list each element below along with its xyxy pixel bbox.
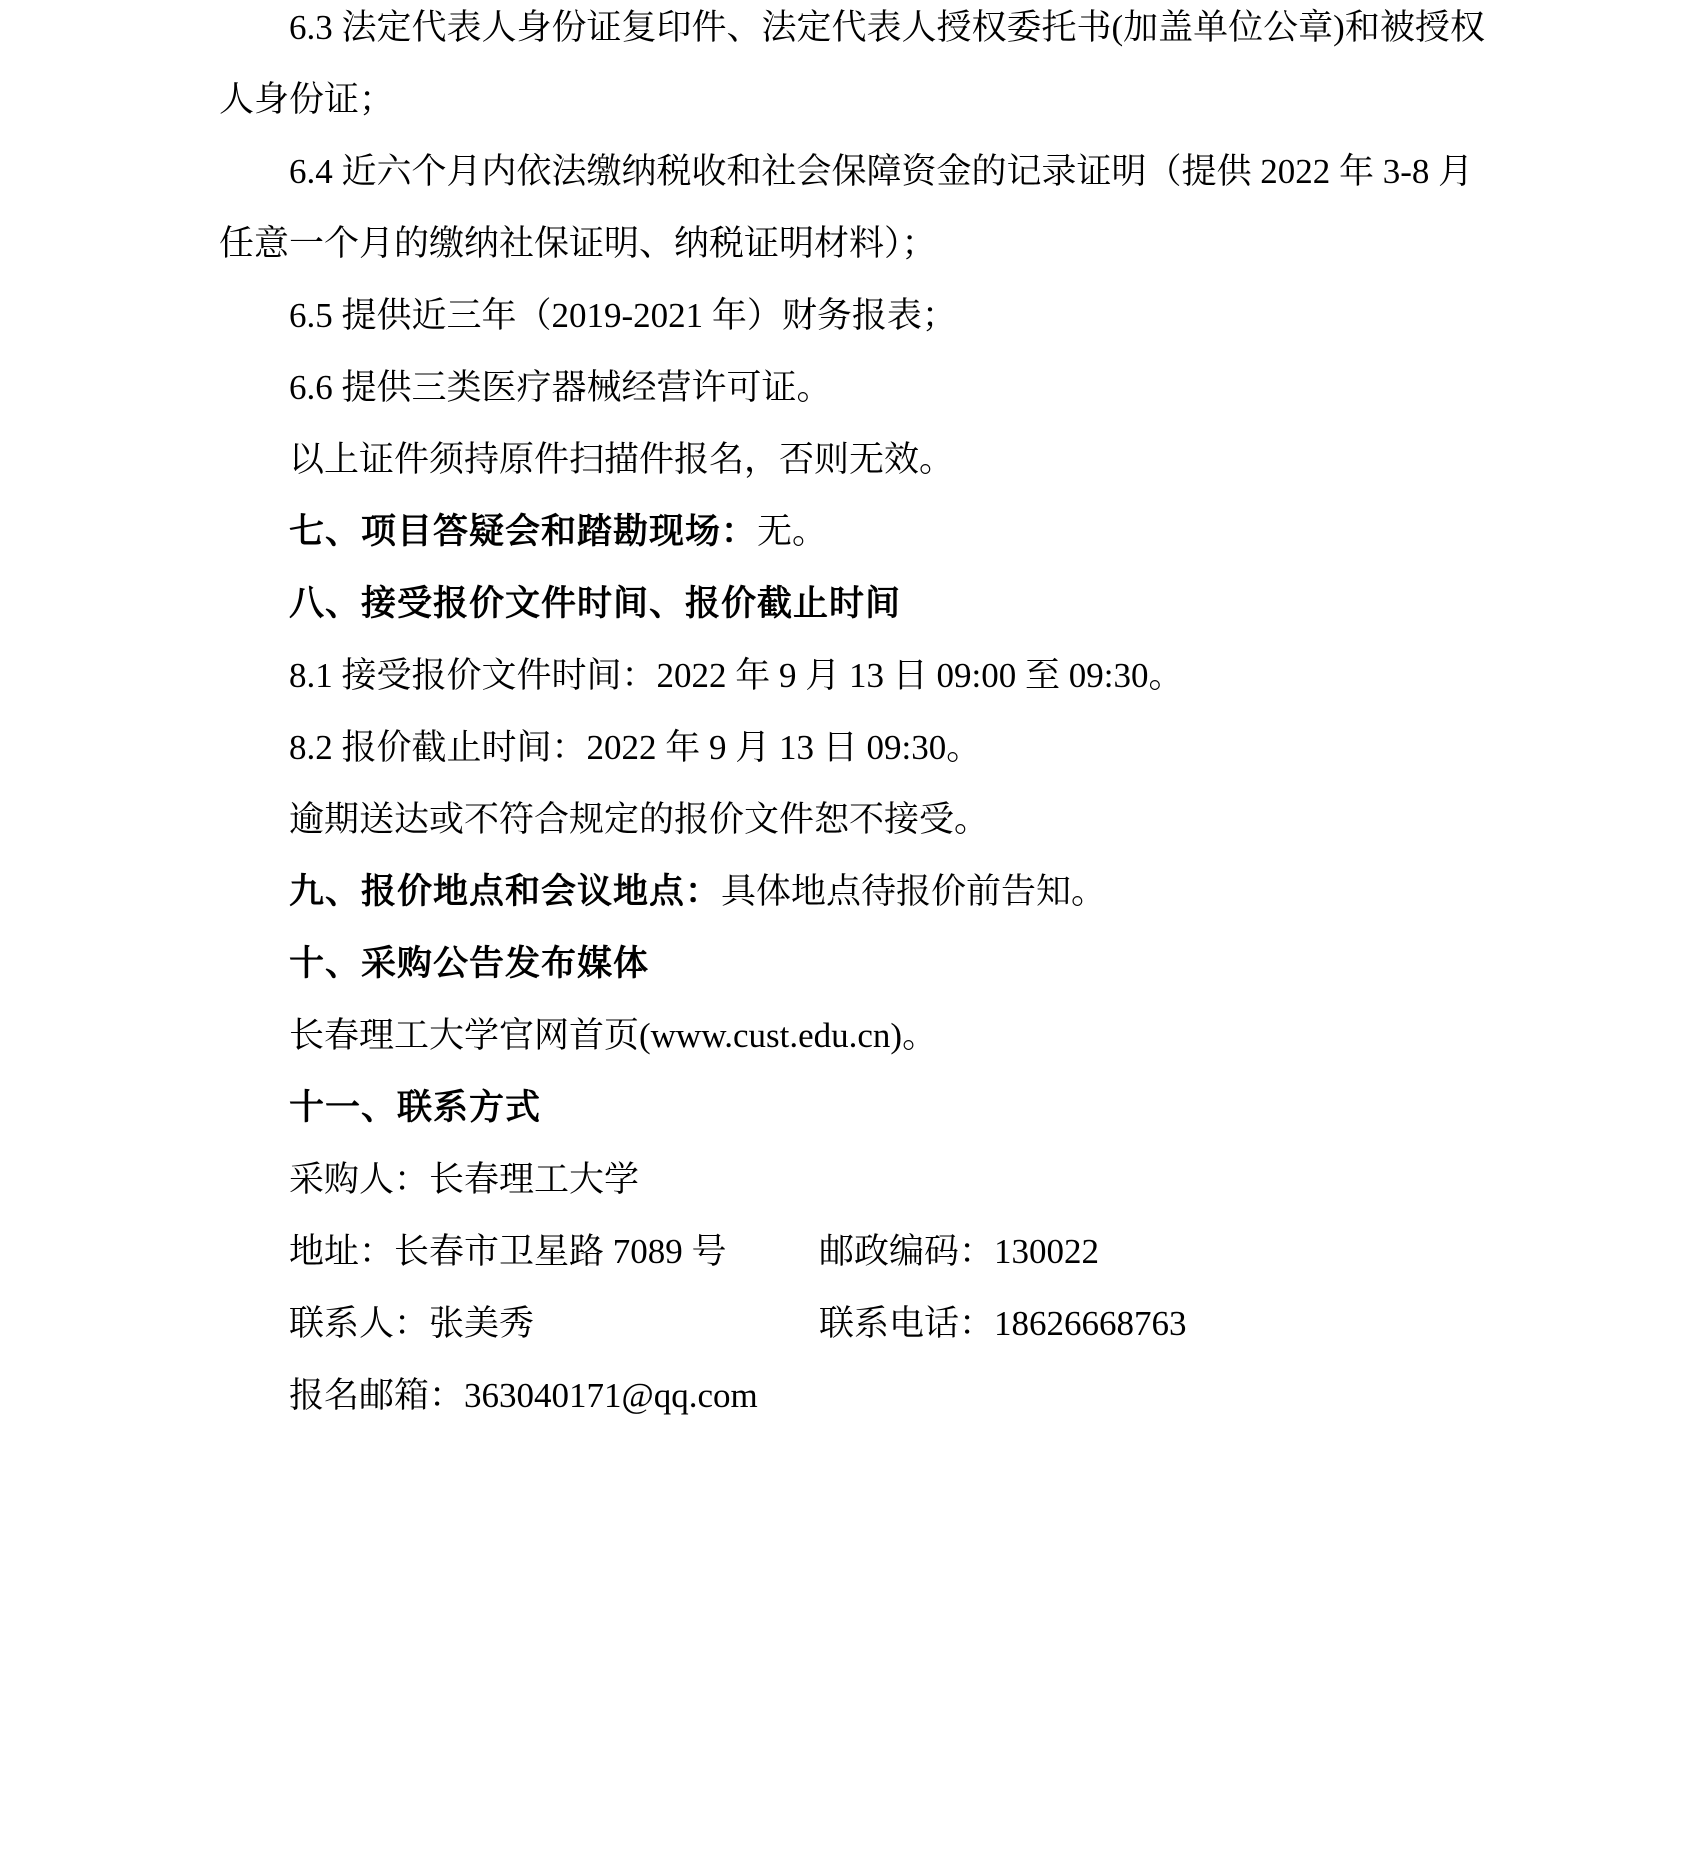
clause-6-3-line-1: 6.3 法定代表人身份证复印件、法定代表人授权委托书(加盖单位公章)和被授权 <box>219 0 1619 64</box>
section-10-heading: 十、采购公告发布媒体 <box>289 944 649 983</box>
purchaser-line: 采购人：长春理工大学 <box>219 1144 1619 1216</box>
section-8-line: 八、接受报价文件时间、报价截止时间 <box>219 568 1619 640</box>
publish-media-line: 长春理工大学官网首页(www.cust.edu.cn)。 <box>219 1000 1619 1072</box>
contact-line: 联系人：张美秀联系电话：18626668763 <box>219 1288 1619 1360</box>
late-submission-note: 逾期送达或不符合规定的报价文件恕不接受。 <box>219 784 1619 856</box>
address-line: 地址：长春市卫星路 7089 号邮政编码：130022 <box>219 1216 1619 1288</box>
section-7-heading: 七、项目答疑会和踏勘现场： <box>289 512 757 551</box>
contact-phone-value: 联系电话：18626668763 <box>819 1304 1187 1343</box>
email-line: 报名邮箱：363040171@qq.com <box>219 1360 1619 1432</box>
clause-6-4-line-2: 任意一个月的缴纳社保证明、纳税证明材料）； <box>219 208 1619 280</box>
section-9-heading: 九、报价地点和会议地点： <box>289 872 721 911</box>
section-11-heading: 十一、联系方式 <box>289 1088 541 1127</box>
section-8-heading: 八、接受报价文件时间、报价截止时间 <box>289 584 901 623</box>
clause-8-1: 8.1 接受报价文件时间：2022 年 9 月 13 日 09:00 至 09:… <box>219 640 1619 712</box>
section-9-line: 九、报价地点和会议地点：具体地点待报价前告知。 <box>219 856 1619 928</box>
announcement-body: 6.3 法定代表人身份证复印件、法定代表人授权委托书(加盖单位公章)和被授权 人… <box>219 0 1619 1432</box>
section-10-line: 十、采购公告发布媒体 <box>219 928 1619 1000</box>
section-9-value: 具体地点待报价前告知。 <box>721 872 1106 911</box>
clause-6-6: 6.6 提供三类医疗器械经营许可证。 <box>219 352 1619 424</box>
originals-required-note: 以上证件须持原件扫描件报名，否则无效。 <box>219 424 1619 496</box>
clause-8-2: 8.2 报价截止时间：2022 年 9 月 13 日 09:30。 <box>219 712 1619 784</box>
clause-6-5: 6.5 提供近三年（2019-2021 年）财务报表； <box>219 280 1619 352</box>
section-11-line: 十一、联系方式 <box>219 1072 1619 1144</box>
clause-6-4-line-1: 6.4 近六个月内依法缴纳税收和社会保障资金的记录证明（提供 2022 年 3-… <box>219 136 1619 208</box>
contact-person-value: 联系人：张美秀 <box>289 1288 819 1360</box>
section-7-line: 七、项目答疑会和踏勘现场：无。 <box>219 496 1619 568</box>
address-value: 地址：长春市卫星路 7089 号 <box>289 1216 819 1288</box>
clause-6-3-line-2: 人身份证； <box>219 64 1619 136</box>
section-7-value: 无。 <box>757 512 827 551</box>
document-page: 6.3 法定代表人身份证复印件、法定代表人授权委托书(加盖单位公章)和被授权 人… <box>0 0 1692 1849</box>
postcode-value: 邮政编码：130022 <box>819 1232 1099 1271</box>
